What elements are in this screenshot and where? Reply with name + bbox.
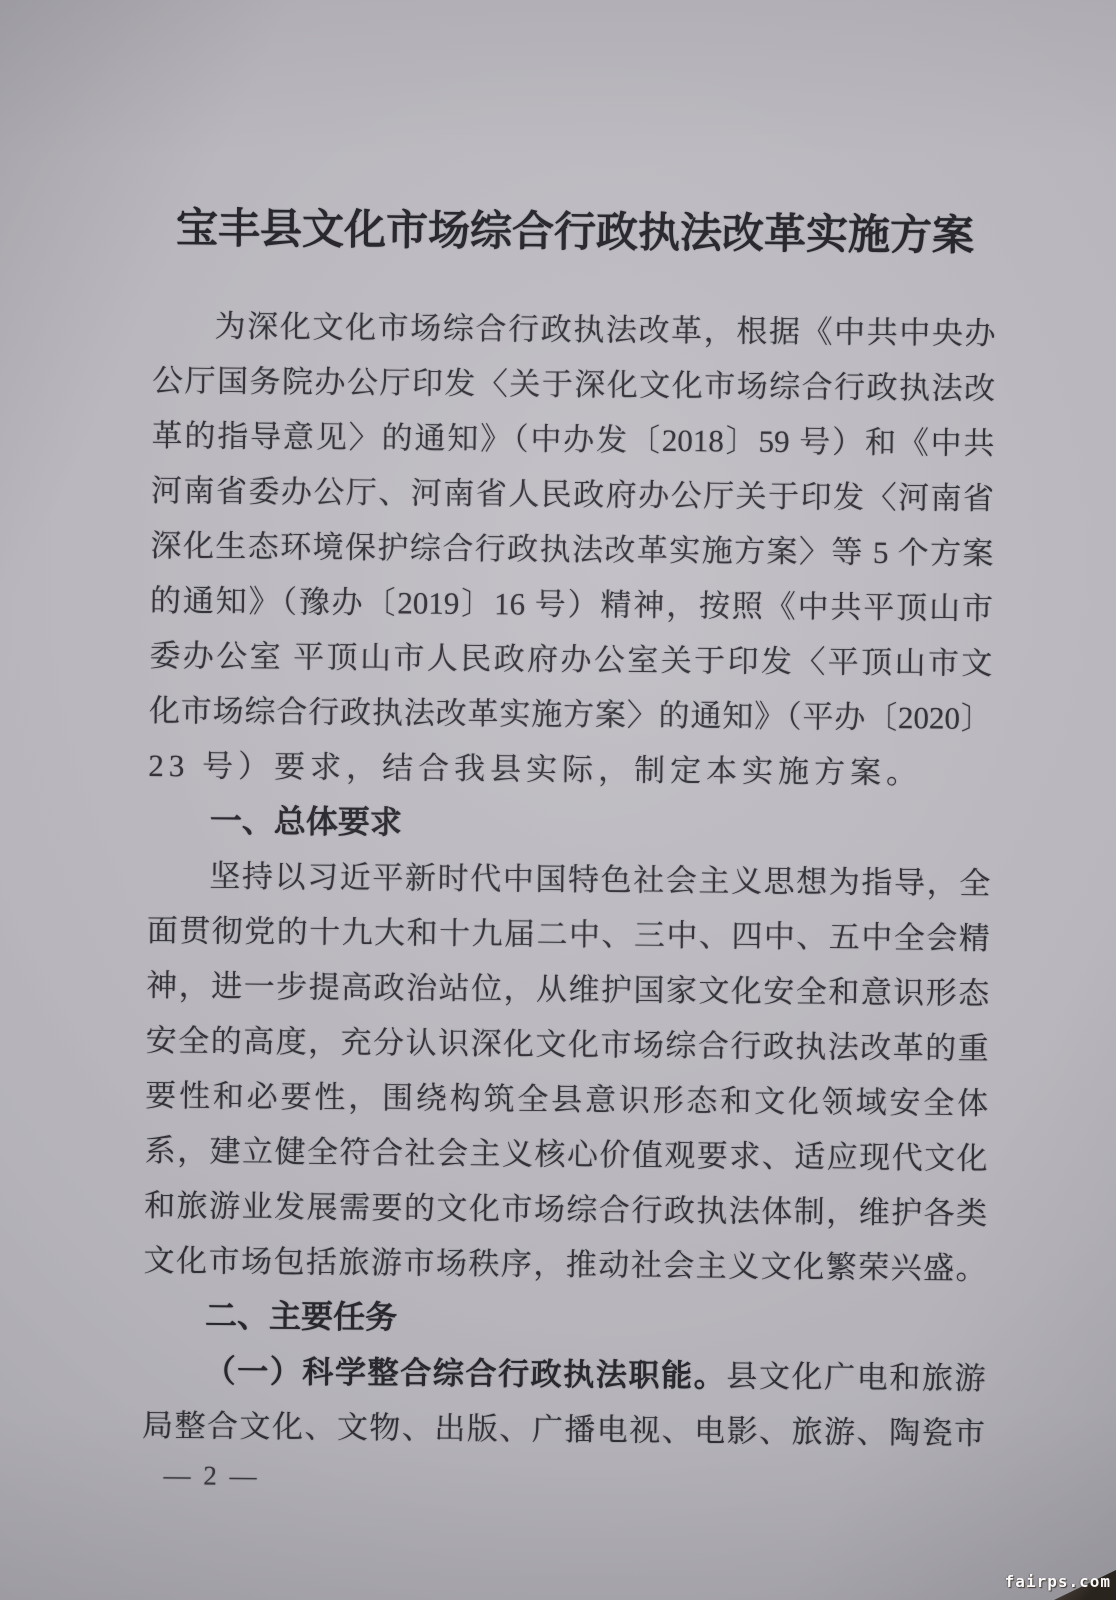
intro-paragraph: 为深化文化市场综合行政执法改革，根据《中共中央办 公厅国务院办公厅印发〈关于深化… (148, 298, 996, 801)
paragraph-line: 要性和必要性，围绕构筑全县意识形态和文化领域安全体 (145, 1068, 988, 1131)
paragraph-line: 革的指导意见〉的通知》（中办发〔2018〕59 号）和《中共 (151, 408, 994, 471)
text-run: 县文化广电和旅游 (726, 1359, 986, 1396)
paragraph-line: 为深化文化市场综合行政执法改革，根据《中共中央办 (152, 298, 995, 361)
task-title-bold-run: （一）科学整合综合行政执法职能。 (204, 1354, 726, 1394)
paragraph-line: 23 号）要求，结合我县实际，制定本实施方案。 (148, 738, 991, 801)
document-photo: 宝丰县文化市场综合行政执法改革实施方案 为深化文化市场综合行政执法改革，根据《中… (0, 0, 1116, 1600)
page-number: — 2 — (141, 1453, 984, 1505)
paragraph-line: 河南省委办公厅、河南省人民政府办公厅关于印发〈河南省 (151, 463, 994, 526)
paragraph-line: 局整合文化、文物、出版、广播电视、电影、旅游、陶瓷市 (142, 1398, 985, 1461)
paragraph-line: 坚持以习近平新时代中国特色社会主义思想为指导，全 (147, 848, 990, 911)
paragraph-line: 委办公室 平顶山市人民政府办公室关于印发〈平顶山市文 (149, 628, 992, 691)
paragraph-line: 的通知》（豫办〔2019〕16 号）精神，按照《中共平顶山市 (150, 573, 993, 636)
paragraph-line: （一）科学整合综合行政执法职能。县文化广电和旅游 (142, 1343, 985, 1406)
paragraph-line: 文化市场包括旅游市场秩序，推动社会主义文化繁荣兴盛。 (143, 1233, 986, 1296)
document-page: 宝丰县文化市场综合行政执法改革实施方案 为深化文化市场综合行政执法改革，根据《中… (141, 0, 998, 1505)
paragraph-line: 和旅游业发展需要的文化市场综合行政执法体制，维护各类 (144, 1178, 987, 1241)
watermark: fairps.com (1005, 1572, 1111, 1591)
paragraph-line: 系，建立健全符合社会主义核心价值观要求、适应现代文化 (144, 1123, 987, 1186)
paragraph-line: 神，进一步提高政治站位，从维护国家文化安全和意识形态 (146, 958, 989, 1021)
task1-paragraph: （一）科学整合综合行政执法职能。县文化广电和旅游 局整合文化、文物、出版、广播电… (142, 1343, 986, 1461)
paragraph-line: 安全的高度，充分认识深化文化市场综合行政执法改革的重 (145, 1013, 988, 1076)
paragraph-line: 面贯彻党的十九大和十九届二中、三中、四中、五中全会精 (147, 903, 990, 966)
document-title: 宝丰县文化市场综合行政执法改革实施方案 (153, 199, 997, 267)
paragraph-line: 深化生态环境保护综合行政执法改革实施方案〉等 5 个方案 (150, 518, 993, 581)
section-heading-main-tasks: 二、主要任务 (143, 1288, 986, 1351)
section1-paragraph: 坚持以习近平新时代中国特色社会主义思想为指导，全 面贯彻党的十九大和十九届二中、… (143, 848, 990, 1296)
section-heading-overall-requirements: 一、总体要求 (148, 793, 991, 856)
paragraph-line: 公厅国务院办公厅印发〈关于深化文化市场综合行政执法改 (152, 353, 995, 416)
paragraph-line: 化市场综合行政执法改革实施方案〉的通知》（平办〔2020〕 (149, 683, 992, 746)
